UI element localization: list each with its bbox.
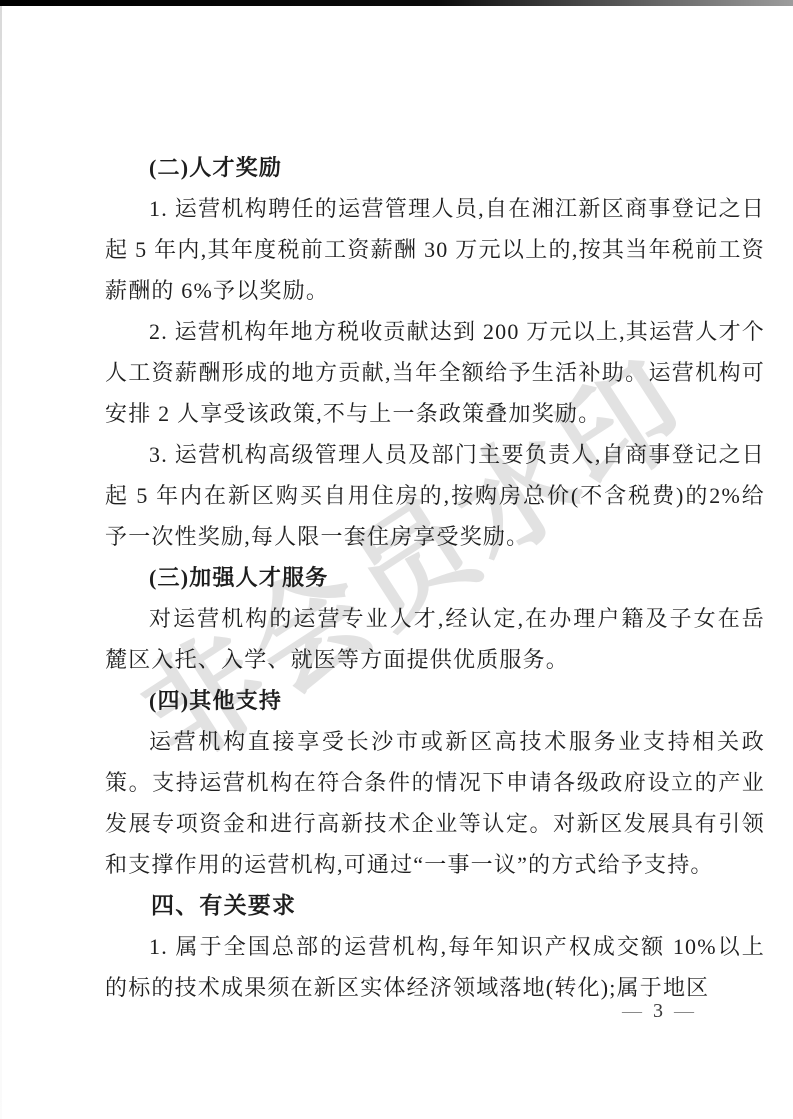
document-content: (二)人才奖励 1. 运营机构聘任的运营管理人员,自在湘江新区商事登记之日起 5… (105, 147, 765, 1008)
section-heading-other-support: (四)其他支持 (105, 680, 765, 721)
page-number-dash-right: — (665, 1000, 705, 1022)
paragraph-talent-service: 对运营机构的运营专业人才,经认定,在办理户籍及子女在岳麓区入托、入学、就医等方面… (105, 598, 765, 680)
paragraph-reward-item-1: 1. 运营机构聘任的运营管理人员,自在湘江新区商事登记之日起 5 年内,其年度税… (105, 188, 765, 311)
document-page: 非会员水印 (二)人才奖励 1. 运营机构聘任的运营管理人员,自在湘江新区商事登… (0, 0, 793, 1119)
page-number: —3— (613, 1000, 705, 1023)
scan-artifact-top-edge (0, 0, 793, 6)
paragraph-reward-item-2: 2. 运营机构年地方税收贡献达到 200 万元以上,其运营人才个人工资薪酬形成的… (105, 311, 765, 434)
page-number-value: 3 (653, 1000, 665, 1022)
section-heading-talent-service: (三)加强人才服务 (105, 557, 765, 598)
paragraph-requirement-1: 1. 属于全国总部的运营机构,每年知识产权成交额 10%以上的标的技术成果须在新… (105, 926, 765, 1008)
section-heading-talent-reward: (二)人才奖励 (105, 147, 765, 188)
paragraph-other-support: 运营机构直接享受长沙市或新区高技术服务业支持相关政策。支持运营机构在符合条件的情… (105, 721, 765, 885)
scan-artifact-left-edge (0, 6, 2, 1119)
chapter-heading-requirements: 四、有关要求 (105, 885, 765, 926)
page-number-dash-left: — (613, 1000, 653, 1022)
paragraph-reward-item-3: 3. 运营机构高级管理人员及部门主要负责人,自商事登记之日起 5 年内在新区购买… (105, 434, 765, 557)
